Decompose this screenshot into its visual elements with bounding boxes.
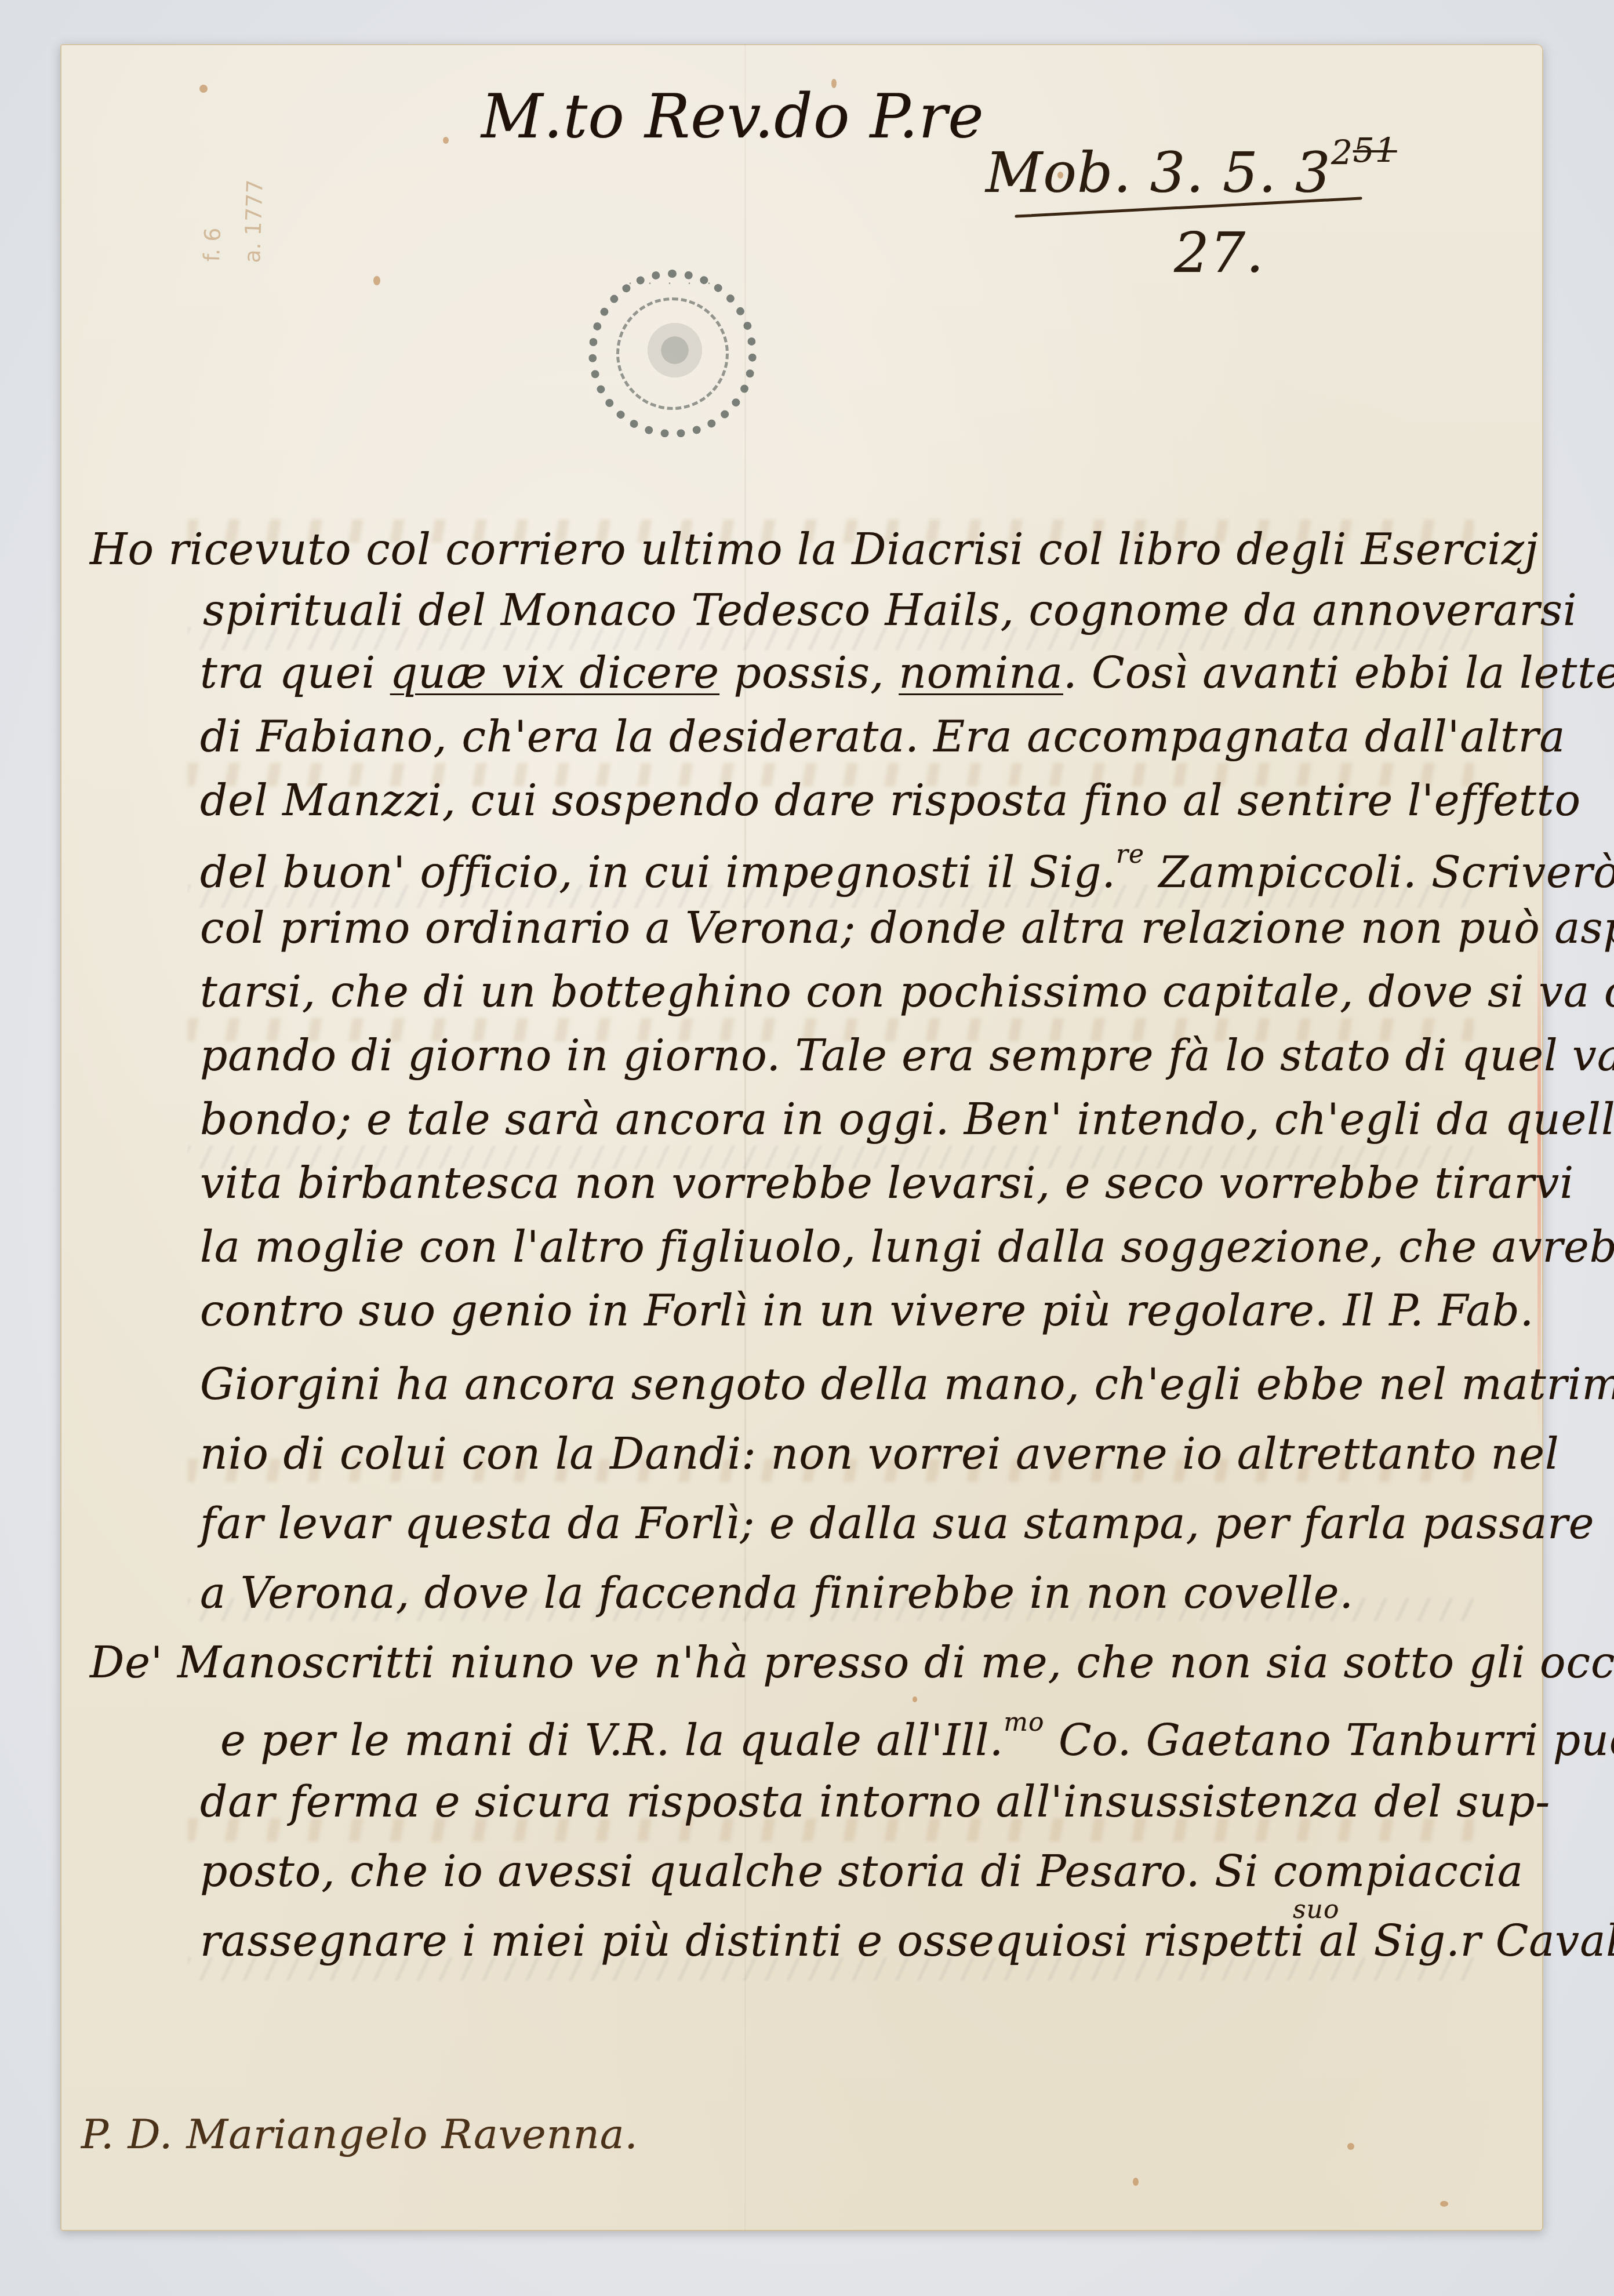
pencil-annotation-line: a. 1777 xyxy=(232,176,275,264)
letter-line: dar ferma e sicura risposta intorno all'… xyxy=(200,1777,1550,1827)
archive-stamp: · · · · · xyxy=(588,270,757,438)
foxing-spot xyxy=(913,1696,917,1702)
letter-line: spirituali del Monaco Tedesco Hails, cog… xyxy=(203,586,1577,635)
letter-line: Ho ricevuto col corriero ultimo la Diacr… xyxy=(90,525,1539,575)
letter-salutation: M.to Rev.do P.re xyxy=(481,81,984,152)
letter-line: tarsi, che di un botteghino con pochissi… xyxy=(200,967,1614,1017)
letter-text: e per le mani di V.R. la quale all'Ill. xyxy=(220,1716,1004,1765)
letter-line: nio di colui con la Dandi: non vorrei av… xyxy=(200,1429,1560,1479)
letter-line: e per le mani di V.R. la quale all'Ill.m… xyxy=(220,1708,1614,1765)
letter-line: posto, che io avessi qualche storia di P… xyxy=(200,1847,1524,1897)
letter-superscript: mo xyxy=(1004,1708,1044,1737)
letter-text: possis, xyxy=(719,648,899,698)
letter-line: vita birbantesca non vorrebbe levarsi, e… xyxy=(200,1158,1574,1208)
letter-line: far levar questa da Forlì; e dalla sua s… xyxy=(200,1499,1594,1549)
letter-text: Co. Gaetano Tanburri può xyxy=(1044,1716,1614,1765)
archive-reference-struck: 51 xyxy=(1353,130,1397,170)
letter-line: del Manzzi, cui sospendo dare risposta f… xyxy=(200,776,1581,826)
foxing-spot xyxy=(443,137,449,144)
letter-line: pando di giorno in giorno. Tale era semp… xyxy=(200,1031,1614,1081)
archive-reference-superscript: 2 xyxy=(1331,133,1353,172)
letter-line: bondo; e tale sarà ancora in oggi. Ben' … xyxy=(200,1095,1614,1145)
foxing-spot xyxy=(1133,2178,1139,2186)
letter-line: tra quei quæ vix dicere possis, nomina. … xyxy=(200,648,1614,698)
interlinear-insert: suo xyxy=(1293,1895,1339,1924)
letter-line: col primo ordinario a Verona; donde altr… xyxy=(200,903,1614,953)
foxing-spot xyxy=(1347,2143,1354,2150)
letter-text: . Così avanti ebbi la lettera xyxy=(1063,648,1614,698)
letter-text: tra quei xyxy=(200,648,390,698)
letter-line: De' Manoscritti niuno ve n'hà presso di … xyxy=(90,1638,1614,1688)
letter-line: a Verona, dove la faccenda finirebbe in … xyxy=(200,1568,1354,1618)
letter-text-underlined: quæ vix dicere xyxy=(390,648,719,698)
foxing-spot xyxy=(373,276,380,285)
letter-line: di Fabiano, ch'era la desiderata. Era ac… xyxy=(200,712,1565,762)
recipient-address: P. D. Mariangelo Ravenna. xyxy=(81,2110,638,2158)
letter-text: Zampiccoli. Scriverò xyxy=(1144,848,1614,898)
letter-superscript: re xyxy=(1116,840,1144,869)
foxing-spot xyxy=(1440,2201,1448,2207)
letter-line: la moglie con l'altro figliuolo, lungi d… xyxy=(200,1222,1614,1272)
pencil-annotation-line: f. 6 xyxy=(191,174,235,262)
archive-reference-number: 27. xyxy=(1174,220,1264,285)
stamp-legend: · · · · · xyxy=(597,277,748,291)
stamp-emblem-icon xyxy=(643,318,707,382)
letter-line: contro suo genio in Forlì in un vivere p… xyxy=(200,1286,1534,1336)
foxing-spot xyxy=(199,85,208,93)
pencil-annotation: f. 6 a. 1777 xyxy=(191,174,275,264)
letter-text: del buon' officio, in cui impegnosti il … xyxy=(200,848,1116,898)
letter-line: Giorgini ha ancora sengoto della mano, c… xyxy=(200,1360,1614,1409)
letter-line: del buon' officio, in cui impegnosti il … xyxy=(200,840,1614,898)
archive-reference: Mob. 3. 5. 3251 xyxy=(986,130,1397,205)
letter-line: rassegnare i miei più distinti e ossequi… xyxy=(200,1916,1614,1966)
letter-text-underlined: nomina xyxy=(899,648,1063,698)
archive-reference-prefix: Mob. 3. 5. 3 xyxy=(986,140,1331,205)
